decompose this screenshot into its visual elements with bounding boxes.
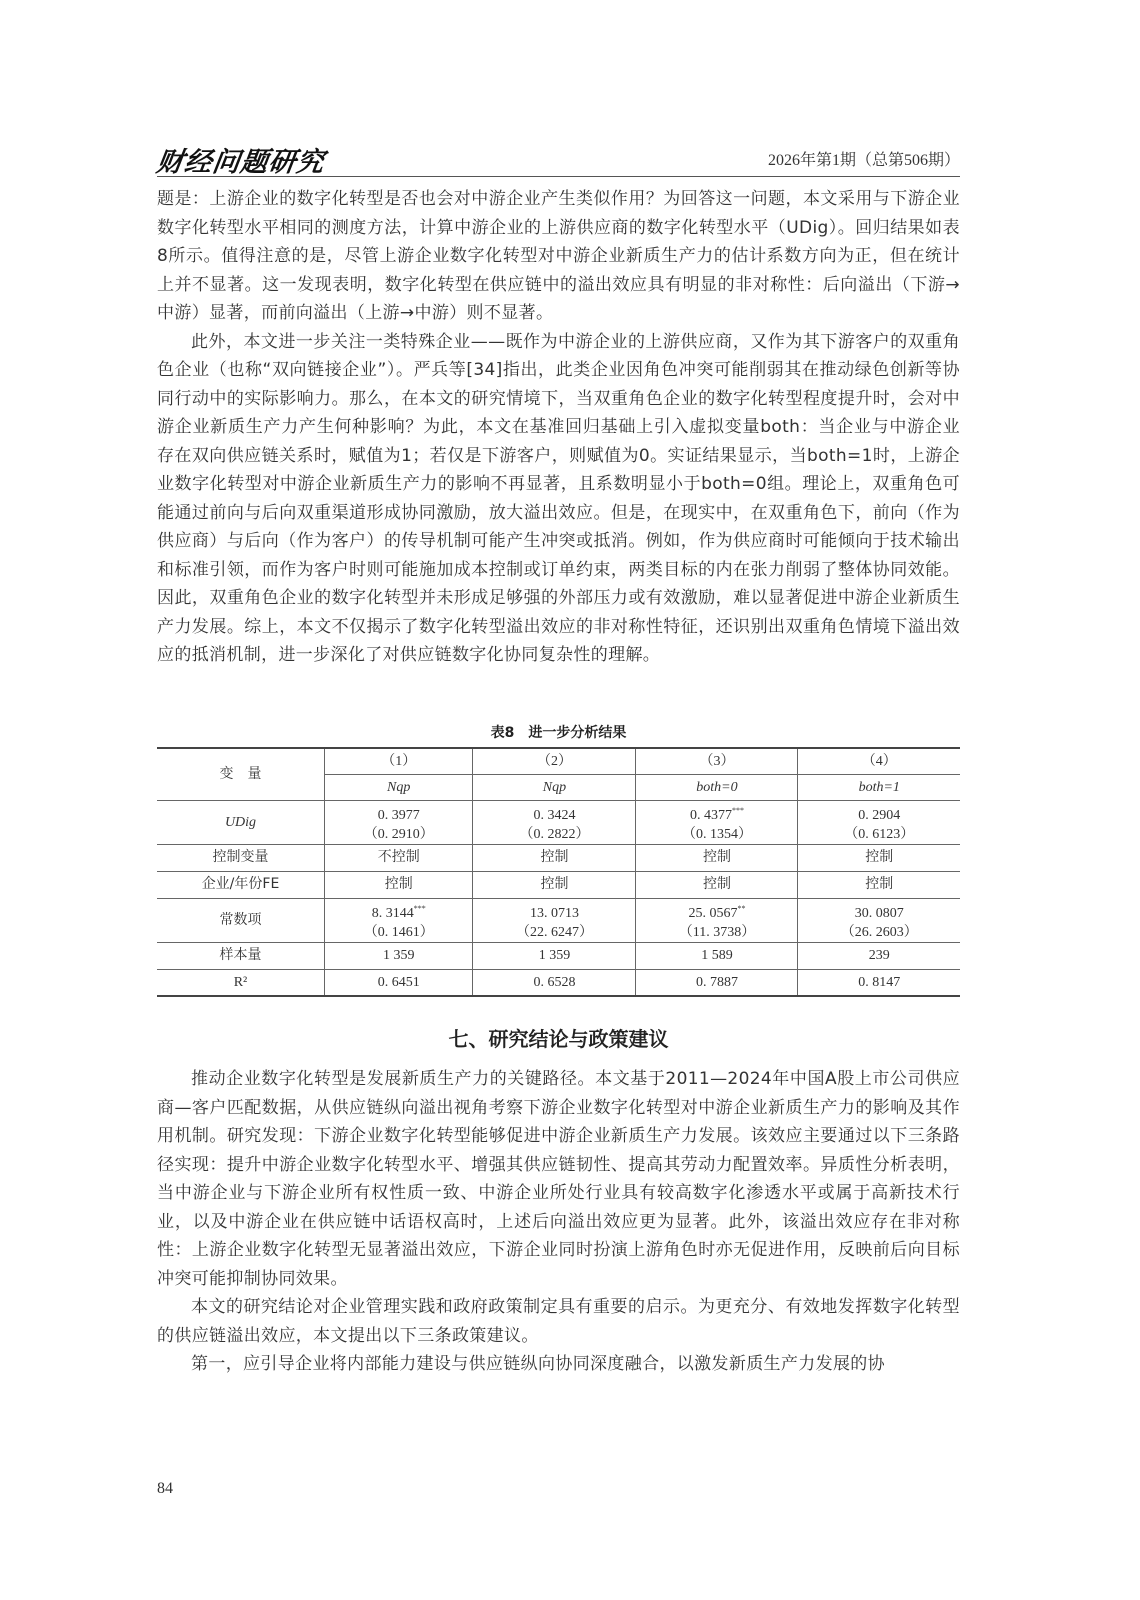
journal-logo: 财经问题研究 [154, 140, 327, 179]
table-row: UDig 0. 3977（0. 2910） 0. 3424（0. 2822） 0… [157, 800, 960, 844]
table-title: 表8 进一步分析结果 [157, 722, 960, 742]
body-text-bottom: 推动企业数字化转型是发展新质生产力的关键路径。本文基于2011—2024年中国A… [157, 1065, 960, 1379]
cell: 13. 0713（22. 6247） [473, 898, 636, 942]
page-number: 84 [157, 1480, 173, 1498]
col-num: （2） [473, 748, 636, 774]
paragraph: 此外，本文进一步关注一类特殊企业——既作为中游企业的上游供应商，又作为其下游客户… [157, 328, 960, 670]
col-dep: Nqp [473, 774, 636, 800]
table-row: 样本量 1 359 1 359 1 589 239 [157, 942, 960, 969]
table-row: 企业/年份FE 控制 控制 控制 控制 [157, 871, 960, 898]
cell: 0. 6451 [325, 969, 473, 996]
cell: 控制 [325, 871, 473, 898]
cell: 1 359 [325, 942, 473, 969]
cell: 1 359 [473, 942, 636, 969]
row-label: UDig [157, 800, 325, 844]
cell: 1 589 [636, 942, 798, 969]
col-num: （4） [798, 748, 960, 774]
paragraph: 第一，应引导企业将内部能力建设与供应链纵向协同深度融合，以激发新质生产力发展的协 [157, 1350, 960, 1379]
cell: 控制 [798, 871, 960, 898]
var-header: 变 量 [157, 748, 325, 800]
col-dep: both=1 [798, 774, 960, 800]
results-table: 变 量 （1） （2） （3） （4） Nqp Nqp both=0 both=… [157, 747, 960, 997]
row-label: 样本量 [157, 942, 325, 969]
cell: 0. 3424（0. 2822） [473, 800, 636, 844]
cell: 8. 3144***（0. 1461） [325, 898, 473, 942]
cell: 控制 [473, 871, 636, 898]
issue-label: 2026年第1期（总第506期） [768, 147, 960, 170]
row-label: R² [157, 969, 325, 996]
row-label: 常数项 [157, 898, 325, 942]
cell: 0. 8147 [798, 969, 960, 996]
table-row: 控制变量 不控制 控制 控制 控制 [157, 844, 960, 871]
paragraph: 推动企业数字化转型是发展新质生产力的关键路径。本文基于2011—2024年中国A… [157, 1065, 960, 1293]
cell: 0. 4377***（0. 1354） [636, 800, 798, 844]
col-num: （3） [636, 748, 798, 774]
cell: 控制 [636, 844, 798, 871]
cell: 25. 0567**（11. 3738） [636, 898, 798, 942]
cell: 0. 7887 [636, 969, 798, 996]
col-dep: Nqp [325, 774, 473, 800]
table-row: R² 0. 6451 0. 6528 0. 7887 0. 8147 [157, 969, 960, 996]
col-dep: both=0 [636, 774, 798, 800]
cell: 0. 3977（0. 2910） [325, 800, 473, 844]
paragraph: 本文的研究结论对企业管理实践和政府政策制定具有重要的启示。为更充分、有效地发挥数… [157, 1293, 960, 1350]
row-label: 控制变量 [157, 844, 325, 871]
cell: 控制 [473, 844, 636, 871]
cell: 控制 [636, 871, 798, 898]
table-row: 常数项 8. 3144***（0. 1461） 13. 0713（22. 624… [157, 898, 960, 942]
col-num: （1） [325, 748, 473, 774]
cell: 不控制 [325, 844, 473, 871]
page-header: 财经问题研究 2026年第1期（总第506期） [157, 138, 960, 177]
cell: 控制 [798, 844, 960, 871]
section-heading: 七、研究结论与政策建议 [157, 1023, 960, 1052]
paragraph: 题是：上游企业的数字化转型是否也会对中游企业产生类似作用？为回答这一问题，本文采… [157, 185, 960, 328]
cell: 0. 6528 [473, 969, 636, 996]
cell: 0. 2904（0. 6123） [798, 800, 960, 844]
cell: 239 [798, 942, 960, 969]
body-text-top: 题是：上游企业的数字化转型是否也会对中游企业产生类似作用？为回答这一问题，本文采… [157, 185, 960, 670]
row-label: 企业/年份FE [157, 871, 325, 898]
cell: 30. 0807（26. 2603） [798, 898, 960, 942]
